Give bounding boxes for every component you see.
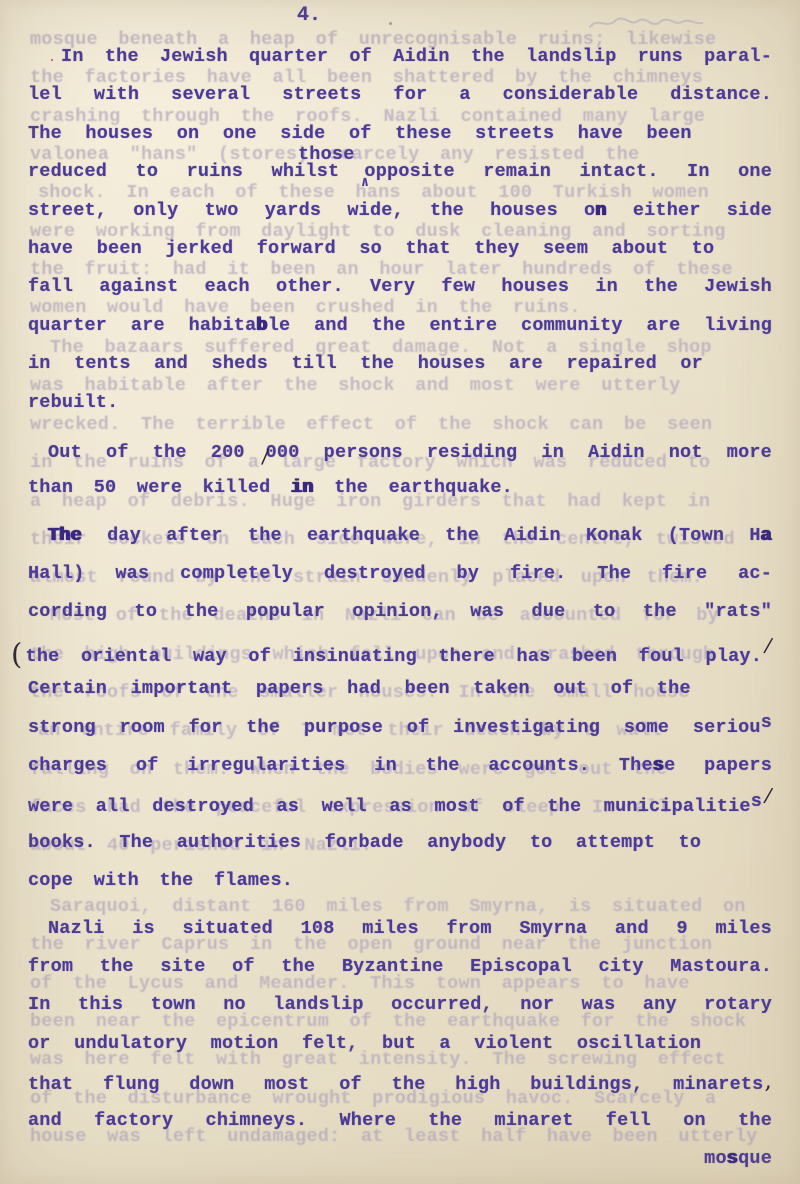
text-line: Out of the 200/000 persons residing in A… [28,431,772,469]
text-line: that flung down most of the high buildin… [28,1063,772,1101]
text-line: The houses on one side of these streets … [28,115,772,153]
typed-text-layer: .In the Jewish quarter of Aidin the land… [28,38,772,1178]
text-line: books. The authorities forbade anybody t… [28,824,772,862]
text-line: In this town no landslip occurred, nor w… [28,986,772,1024]
text-line: cording to the popular opinion, was due … [28,593,772,631]
text-line: in tents and sheds till the houses are r… [28,345,772,383]
text-line: strong room for the purpose of investiga… [28,709,772,747]
document-page: mosque beneath a heap of unrecognisable … [0,0,800,1184]
text-line: Certain important papers had been taken … [28,670,772,708]
text-line: than 50 were killed in the earthquake. [28,469,772,507]
text-line: The day after the earthquake the Aidin K… [28,517,772,555]
page-number: 4. [297,4,321,27]
text-line: charges of irregularities in the account… [28,747,772,785]
text-line: fall against each other. Very few houses… [28,268,772,306]
text-line: (the oriental way of insinuating there h… [28,632,772,670]
text-line: mosque [28,1140,772,1178]
text-line: Hall) was completely destroyed by fire. … [28,555,772,593]
text-line: reduced to ruins whilst ∧opposite remain… [28,153,772,191]
text-line: have been jerked forward so that they se… [28,230,772,268]
text-line: lel with several streets for a considera… [28,76,772,114]
text-line: or undulatory motion felt, but a violent… [28,1025,772,1063]
text-line: Nazli is situated 108 miles from Smyrna … [28,910,772,948]
text-line: cope with the flames. [28,862,772,900]
text-line: .In the Jewish quarter of Aidin the land… [28,38,772,76]
text-line: and factory chimneys. Where the minaret … [28,1102,772,1140]
text-line: street, only two yards wide, the houses … [28,192,772,230]
ink-speck [389,22,392,25]
text-line: from the site of the Byzantine Episcopal… [28,948,772,986]
text-line: quarter are habitable and the entire com… [28,307,772,345]
text-line: were all destroyed as well as most of th… [28,785,772,823]
ghost-scribble [588,12,706,36]
text-line: rebuilt. [28,384,772,422]
inserted-word: those [298,136,355,174]
